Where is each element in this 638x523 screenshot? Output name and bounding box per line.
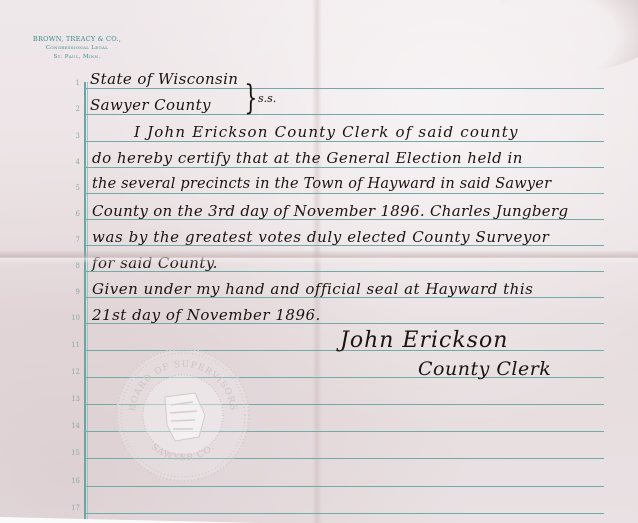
line-number: 15 — [66, 449, 80, 457]
line-number: 2 — [66, 105, 80, 113]
venue-county: Sawyer County — [90, 96, 211, 114]
printer-line-2: Congressional Legal — [22, 44, 132, 53]
left-margin-rule — [84, 82, 86, 523]
line-number: 4 — [66, 158, 80, 166]
signature-title: County Clerk — [418, 358, 551, 380]
printer-line-3: St. Paul, Minn. — [22, 53, 132, 62]
line-number: 16 — [66, 477, 80, 485]
paper-corner-curl — [498, 0, 638, 70]
line-number: 11 — [66, 341, 80, 349]
paper-bottom-edge — [0, 517, 260, 523]
ruled-line — [85, 167, 604, 168]
ruled-line — [85, 486, 604, 487]
printer-imprint: BROWN, TREACY & CO., Congressional Legal… — [22, 35, 132, 62]
body-line-1: I John Erickson County Clerk of said cou… — [134, 123, 519, 141]
body-line-5: was by the greatest votes duly elected C… — [92, 228, 549, 246]
venue-state: State of Wisconsin — [90, 70, 238, 88]
body-line-2: do hereby certify that at the General El… — [92, 149, 523, 167]
body-line-8: 21st day of November 1896. — [92, 306, 321, 324]
embossed-seal-icon: BOARD OF SUPERVISORS SAWYER CO. — [113, 345, 253, 485]
printer-name: BROWN, TREACY & CO., — [22, 35, 132, 44]
line-number: 10 — [66, 314, 80, 322]
line-number: 1 — [66, 79, 80, 87]
left-margin-rule-inner — [87, 82, 88, 523]
body-line-7: Given under my hand and official seal at… — [92, 280, 533, 298]
certificate-document: BROWN, TREACY & CO., Congressional Legal… — [0, 0, 638, 523]
line-number: 9 — [66, 288, 80, 296]
ruled-line — [85, 193, 604, 194]
line-number: 7 — [66, 236, 80, 244]
body-line-4: County on the 3rd day of November 1896. … — [92, 202, 568, 220]
line-number: 14 — [66, 422, 80, 430]
signature-name: John Erickson — [340, 328, 508, 353]
line-number: 13 — [66, 395, 80, 403]
line-number: 3 — [66, 132, 80, 140]
venue-ss: s.s. — [258, 92, 276, 105]
body-line-3: the several precincts in the Town of Hay… — [92, 176, 551, 192]
ruled-line — [85, 88, 604, 89]
line-number: 12 — [66, 368, 80, 376]
venue-brace: } — [244, 78, 257, 118]
line-number: 5 — [66, 184, 80, 192]
line-number: 6 — [66, 210, 80, 218]
ruled-line — [85, 513, 604, 514]
line-number: 17 — [66, 504, 80, 512]
ruled-line — [85, 114, 604, 115]
ruled-line — [85, 141, 604, 142]
horizontal-fold-crease — [0, 250, 638, 264]
